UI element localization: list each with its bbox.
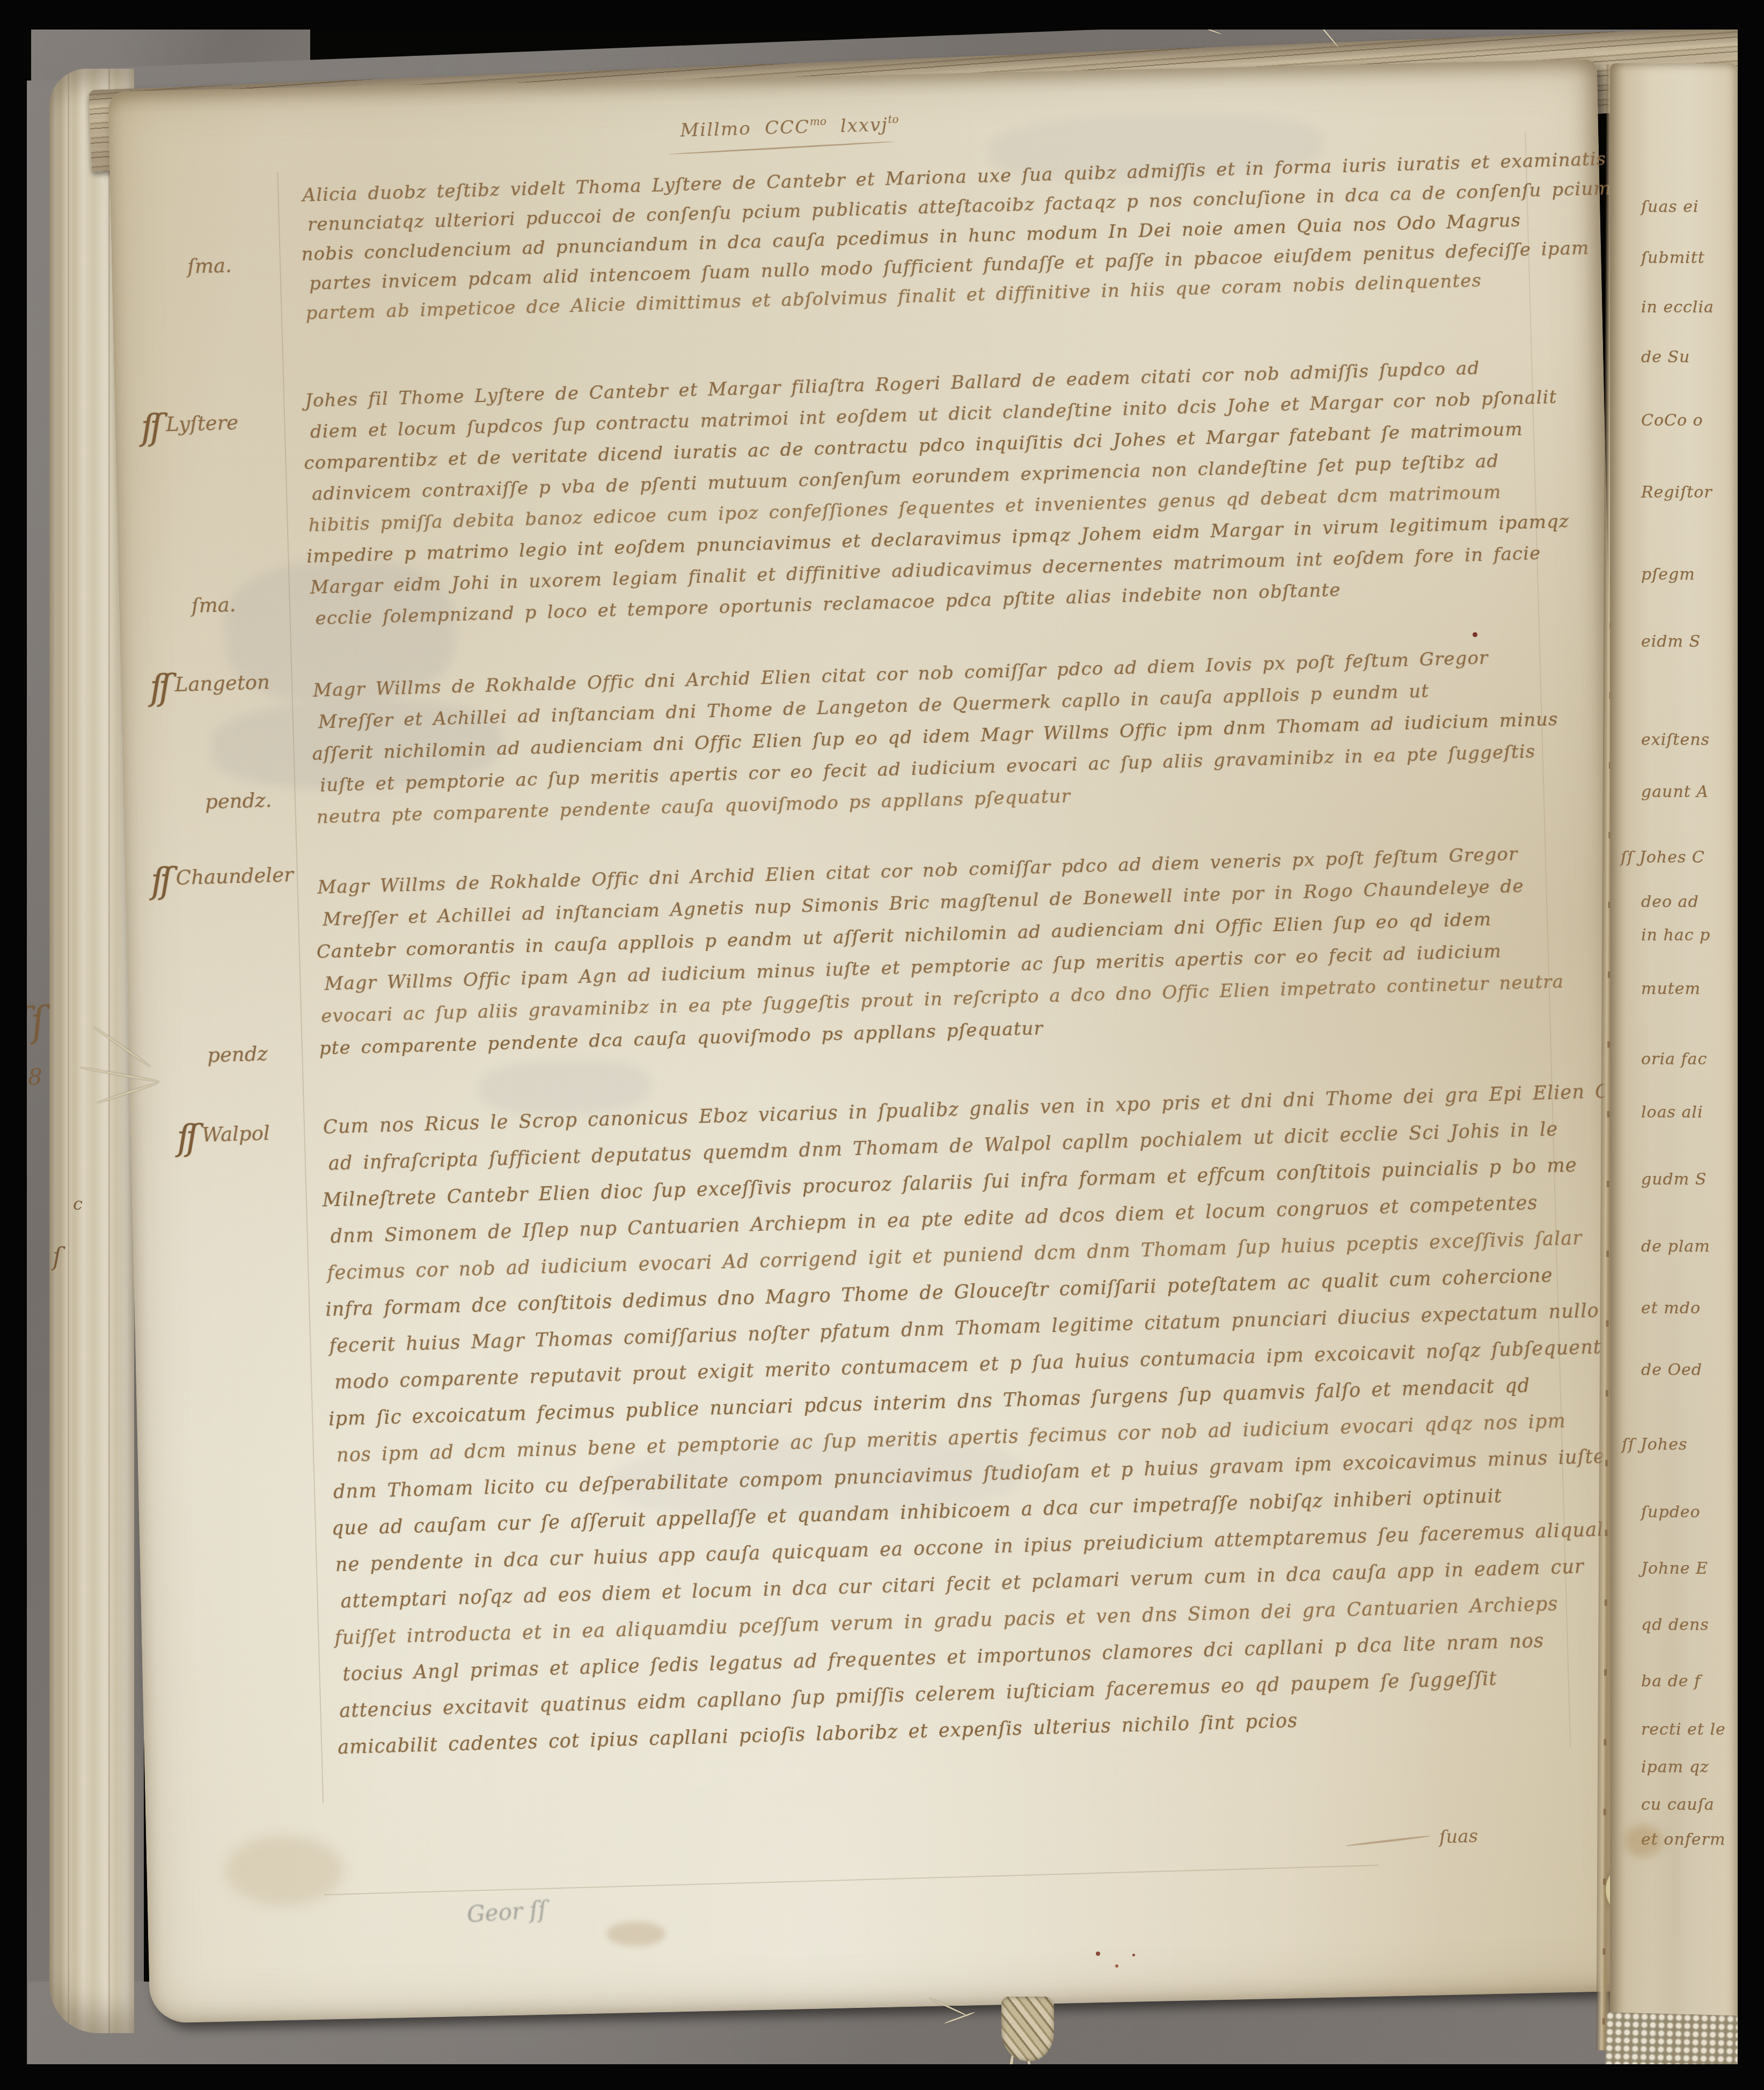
sliver-text: oria fac [1641, 1050, 1707, 1069]
stain-blur [606, 1921, 665, 1946]
margin-note-pendz-2: pendz [207, 1042, 268, 1067]
sliver-text: ſſ Johes C [1621, 848, 1705, 867]
margin-note-sma-1: ſma. [187, 254, 232, 278]
heading-flourish-underline [669, 141, 894, 155]
sliver-text: qd dens [1641, 1616, 1709, 1634]
sliver-text: ſſ Johes [1622, 1435, 1687, 1454]
next-folio-sliver: ſuas ei ſubmitt in ecclia de Su CoCo o R… [1610, 63, 1738, 2090]
paraph-mark: ſſ [176, 1116, 195, 1158]
sliver-text: et mdo [1641, 1299, 1701, 1318]
sliver-text: de plam [1641, 1237, 1710, 1256]
catchword-flourish [1345, 1835, 1431, 1847]
sliver-text: gaunt A [1641, 783, 1709, 801]
sliver-text: de Oed [1641, 1361, 1702, 1379]
year-word: Millmo [680, 118, 751, 142]
manuscript-photo: ſſ 8 c ſ Millmo CCCmo lxxvjto ſma. [0, 0, 1764, 2090]
margin-note-sma-2: ſma. [191, 593, 236, 617]
sliver-text: eidm S [1641, 632, 1701, 651]
margin-note-pendz-1: pendz. [204, 788, 272, 813]
sliver-text: in ecclia [1641, 298, 1714, 317]
stain-blur [1625, 1825, 1663, 1857]
photo-frame-bottom [0, 2064, 1764, 2090]
paraph-mark: ſſ [140, 406, 159, 448]
sliver-text: ſupdeo [1641, 1503, 1701, 1522]
year-roman-sup: mo [810, 115, 827, 128]
entry-lystere-sentence: Alicia duobz teſtibz videlt Thoma Lyſter… [302, 150, 1556, 332]
year-numeral: lxxvj [840, 114, 888, 137]
photo-frame-top [0, 0, 1764, 30]
sliver-text: in hac p [1641, 926, 1710, 945]
entry-langeton-appeal: Magr Willms de Rokhalde Offic dni Archid… [313, 645, 1567, 838]
margin-note-walpol: ſſWalpol [176, 1114, 270, 1158]
sliver-text: recti et le [1641, 1720, 1726, 1739]
sliver-text: CoCo o [1641, 411, 1703, 430]
binding-tassel [1001, 1997, 1054, 2061]
margin-note-lystere: ſſLyſtere [140, 404, 239, 448]
sliver-text: Regiſtor [1641, 483, 1712, 502]
sliver-text: ſuas ei [1641, 198, 1699, 216]
stain-spot [1096, 1952, 1100, 1956]
sliver-text: exiſtens [1641, 730, 1710, 749]
fore-edge-numeral-mark: 8 [28, 1064, 42, 1090]
sliver-text: loas ali [1641, 1103, 1703, 1122]
sliver-text: de Su [1641, 348, 1690, 367]
stain-spot [1115, 1964, 1118, 1968]
margin-note-chaundeler: ſſChaundeler [150, 856, 294, 901]
ink-spot [1473, 632, 1477, 637]
catchword: ſuas [1439, 1825, 1478, 1848]
sliver-text: ſubmitt [1641, 249, 1705, 267]
bottom-ruling-line [324, 1865, 1378, 1895]
year-numeral-sup: to [888, 113, 899, 126]
sliver-text: ba de f [1641, 1672, 1701, 1691]
page-content: Millmo CCCmo lxxvjto ſma. ſſLyſtere ſma.… [102, 55, 1644, 2028]
photo-frame-left [0, 0, 27, 2090]
manuscript-page: Millmo CCCmo lxxvjto ſma. ſſLyſtere ſma.… [108, 59, 1639, 2023]
sliver-text: ipam qz [1641, 1758, 1709, 1777]
fore-edge-stroke-mark: ſ [53, 1242, 62, 1271]
paraph-mark: ſſ [149, 666, 168, 708]
sliver-text: pſegm [1641, 565, 1695, 584]
entry-walpol-case: Cum nos Ricus le Scrop canonicus Eboz vi… [323, 1082, 1591, 1774]
sliver-text: Johne E [1641, 1559, 1708, 1578]
sliver-text: gudm S [1641, 1170, 1707, 1189]
photo-frame-right [1738, 0, 1764, 2090]
sliver-text: deo ad [1641, 893, 1699, 911]
entry-lystere-marriage: Johes fil Thome Lyſtere de Cantebr et Ma… [305, 355, 1562, 639]
sliver-text: cu cauſa [1641, 1795, 1715, 1814]
margin-note-langeton: ſſLangeton [149, 663, 270, 708]
paraph-mark: ſſ [150, 860, 169, 902]
stain-blur [225, 1836, 343, 1905]
year-roman: CCC [765, 116, 810, 139]
sliver-text: mutem [1641, 980, 1701, 998]
fore-edge-letter-mark: c [73, 1194, 83, 1214]
stain-spot [1132, 1954, 1135, 1956]
entry-chaundeler-appeal: Magr Willms de Rokhalde Offic dni Archid… [317, 842, 1572, 1070]
year-heading: Millmo CCCmo lxxvjto [680, 113, 899, 141]
pencil-note: Geor ſſ [466, 1896, 547, 1927]
